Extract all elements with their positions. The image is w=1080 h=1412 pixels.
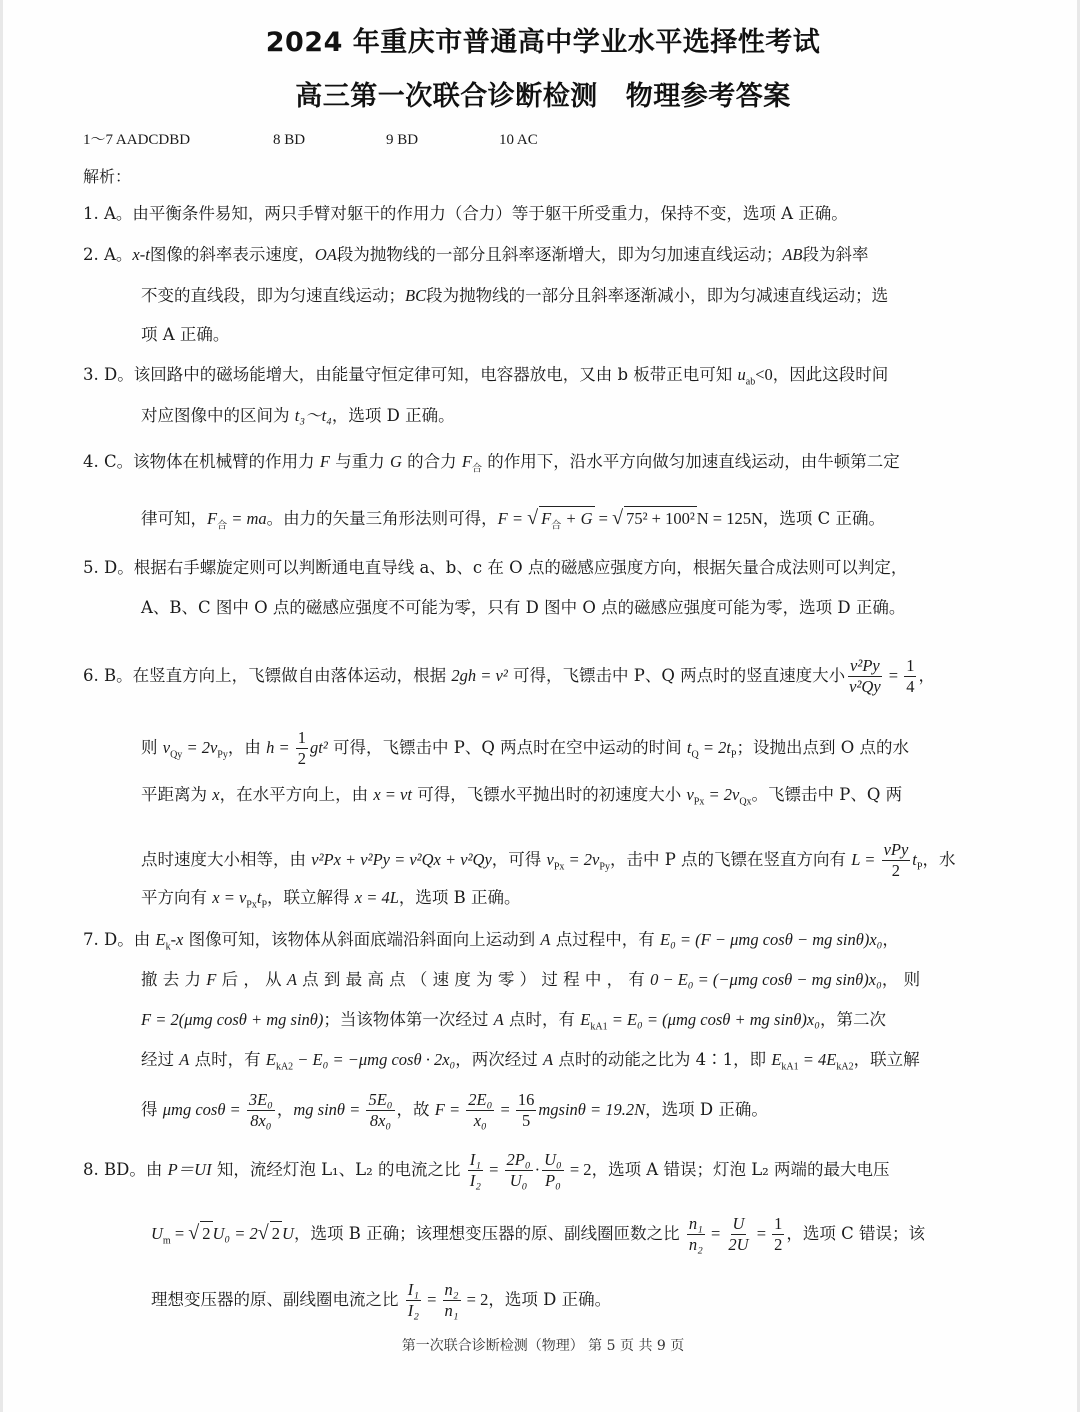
q8-line-3: 理想变压器的原、副线圈电流之比 I₁I₂ = n₂n₁ = 2，选项 D 正确。 [151,1280,611,1321]
q1-line-1: 1. A。由平衡条件易知，两只手臂对躯干的作用力（合力）等于躯干所受重力，保持不… [83,202,848,226]
q7-line-1: 7. D。由 Ek-x 图像可知，该物体从斜面底端沿斜面向上运动到 A 点过程中… [83,928,899,959]
q5-line-2: A、B、C 图中 O 点的磁感应强度不可能为零，只有 D 图中 O 点的磁感应强… [141,596,905,620]
q6-line-4: 点时速度大小相等，由 v²Px + v²Py = v²Qx + v²Qy，可得 … [141,840,955,881]
document-title: 2024 年重庆市普通高中学业水平选择性考试 [3,20,1080,59]
answer-key-item: 10 AC [499,132,538,149]
answer-key-item: 1～7 AADCDBD [83,128,273,149]
q3-line-1: 3. D。该回路中的磁场能增大，由能量守恒定律可知，电容器放电，又由 b 板带正… [83,363,888,394]
q6-line-3: 平距离为 x，在水平方向上，由 x = vt 可得，飞镖水平抛出时的初速度大小 … [141,783,902,814]
answer-key-item: 8 BD [273,132,386,149]
page-footer: 第一次联合诊断检测（物理） 第 5 页 共 9 页 [3,1335,1080,1355]
q6-line-2: 则 vQy = 2vPy，由 h = 12gt² 可得，飞镖击中 P、Q 两点时… [141,728,909,769]
q8-line-1: 8. BD。由 P＝UI 知，流经灯泡 L₁、L₂ 的电流之比 I₁I₂ = 2… [83,1150,890,1191]
q3-line-2: 对应图像中的区间为 t₃～t₄，选项 D 正确。 [141,404,455,428]
q2-line-1: 2. A。x-t图像的斜率表示速度，OA段为抛物线的一部分且斜率逐渐增大，即为匀… [83,243,868,267]
q5-line-1: 5. D。根据右手螺旋定则可以判断通电直导线 a、b、c 在 O 点的磁感应强度… [83,556,907,580]
document-subtitle: 高三第一次联合诊断检测物理参考答案 [3,74,1080,113]
q6-line-1: 6. B。在竖直方向上，飞镖做自由落体运动，根据 2gh = v² 可得，飞镖击… [83,656,935,697]
analysis-heading: 解析： [83,164,131,187]
q2-line-2: 不变的直线段，即为匀速直线运动；BC段为抛物线的一部分且斜率逐渐减小，即为匀减速… [141,284,888,308]
subtitle-answer-label: 物理参考答案 [626,81,791,112]
q7-line-3: F = 2(μmg cosθ + mg sinθ)；当该物体第一次经过 A 点时… [141,1008,886,1039]
q8-line-2: Um = √2U₀ = 2√2U，选项 B 正确；该理想变压器的原、副线圈匝数之… [151,1214,925,1255]
answer-key-item: 9 BD [386,132,499,149]
q7-line-2: 撤 去 力 F 后 ， 从 A 点 到 最 高 点 （ 速 度 为 零 ） 过 … [141,968,920,992]
q4-line-2: 律可知，F合 = ma。由力的矢量三角形法则可得，F = √F合 + G = √… [141,506,885,538]
subtitle-exam-name: 高三第一次联合诊断检测 [295,81,598,112]
q2-line-3: 项 A 正确。 [141,323,229,347]
q4-line-1: 4. C。该物体在机械臂的作用力 F 与重力 G 的合力 F合 的作用下，沿水平… [83,450,900,481]
document-page: 2024 年重庆市普通高中学业水平选择性考试 高三第一次联合诊断检测物理参考答案… [0,0,1080,1412]
q7-line-4: 经过 A 点时，有 EkA2 − E₀ = −μmg cosθ · 2x₀，两次… [141,1048,920,1079]
q7-line-5: 得 μmg cosθ = 3E₀8x₀，mg sinθ = 5E₀8x₀，故 F… [141,1090,768,1131]
q6-line-5: 平方向有 x = vPxtP，联立解得 x = 4L，选项 B 正确。 [141,886,521,917]
answer-key: 1～7 AADCDBD8 BD9 BD10 AC [83,128,538,149]
